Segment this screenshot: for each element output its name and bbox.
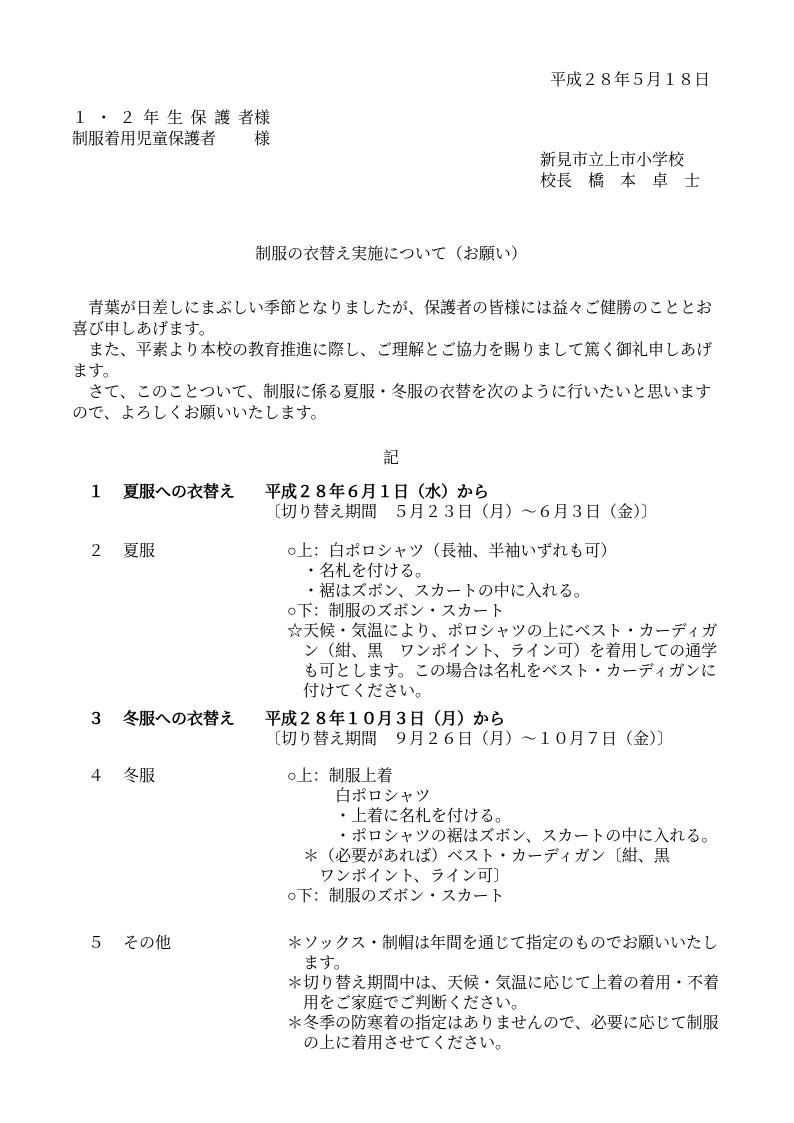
item-line: 〔切り替え期間 ５月２３日（月）～６月３日（金）〕	[265, 503, 710, 523]
record-marker: 記	[72, 448, 710, 469]
recipient-name: 制服着用児童保護者	[72, 129, 254, 150]
letter-page: 平成２８年５月１８日 １・２年生保護者様 制服着用児童保護者様 新見市立上市小学…	[0, 0, 794, 1123]
paragraph-line: 喜び申しあげます。	[72, 319, 710, 340]
item-label: 夏服への衣替え	[123, 483, 235, 503]
item-line: 〔切り替え期間 ９月２６日（月）～１０月７日（金）〕	[265, 730, 710, 750]
item-line: も可とします。この場合は名札をベスト・カーディガンに	[287, 662, 710, 682]
paragraph: また、平素より本校の教育推進に際し、ご理解とご協力を賜りまして篤く御礼申しあげ …	[72, 340, 710, 382]
letter-date: 平成２８年５月１８日	[72, 70, 710, 91]
item-label: 冬服	[123, 767, 155, 787]
item-line: ワンポイント、ライン可〕	[287, 867, 710, 887]
item-other-notes: ５ その他 ＊ソックス・制帽は年間を通じて指定のものでお願いいたし ます。 ＊切…	[72, 934, 710, 1054]
item-label: その他	[123, 934, 171, 954]
item-line: ○上：制服上着	[287, 767, 710, 787]
paragraph-line: 青葉が日差しにまぶしい季節となりましたが、保護者の皆様には益々ご健勝のこととお	[72, 298, 710, 319]
item-label: 冬服への衣替え	[123, 710, 235, 730]
item-content: 平成２８年６月１日（水）から 〔切り替え期間 ５月２３日（月）～６月３日（金）〕	[265, 483, 710, 523]
paragraph-line: ので、よろしくお願いいたします。	[72, 403, 710, 424]
item-winter-uniform: ４ 冬服 ○上：制服上着 白ポロシャツ ・上着に名札を付ける。 ・ポロシャツの裾…	[72, 767, 710, 907]
item-line: ＊切り替え期間中は、天候・気温に応じて上着の着用・不着	[287, 974, 710, 994]
recipient-honorific: 様	[254, 110, 270, 127]
item-line: 用をご家庭でご判断ください。	[287, 994, 710, 1014]
paragraph-line: さて、このことついて、制服に係る夏服・冬服の衣替を次のように行いたいと思います	[72, 382, 710, 403]
sender-school: 新見市立上市小学校	[540, 150, 710, 171]
item-line: ます。	[287, 954, 710, 974]
item-content: ＊ソックス・制帽は年間を通じて指定のものでお願いいたし ます。 ＊切り替え期間中…	[287, 934, 710, 1054]
letter-content: 平成２８年５月１８日 １・２年生保護者様 制服着用児童保護者様 新見市立上市小学…	[0, 0, 794, 1054]
paragraph-line: また、平素より本校の教育推進に際し、ご理解とご協力を賜りまして篤く御礼申しあげ	[72, 340, 710, 361]
item-number: １	[88, 483, 104, 503]
item-content: ○上：白ポロシャツ（長袖、半袖いずれも可） ・名札を付ける。 ・裾はズボン、スカ…	[287, 542, 710, 702]
item-number: ４	[88, 767, 104, 787]
item-line: ・裾はズボン、スカートの中に入れる。	[287, 582, 710, 602]
item-content: ○上：制服上着 白ポロシャツ ・上着に名札を付ける。 ・ポロシャツの裾はズボン、…	[287, 767, 710, 907]
item-line: ・名札を付ける。	[287, 562, 710, 582]
item-line: ・ポロシャツの裾はズボン、スカートの中に入れる。	[287, 827, 710, 847]
item-winter-change-date: ３ 冬服への衣替え 平成２８年１０月３日（月）から 〔切り替え期間 ９月２６日（…	[72, 710, 710, 750]
item-line: ン（紺、黒 ワンポイント、ライン可）を着用しての通学	[287, 642, 710, 662]
item-line: ☆天候・気温により、ポロシャツの上にベスト・カーディガ	[287, 622, 710, 642]
item-line: ＊ソックス・制帽は年間を通じて指定のものでお願いいたし	[287, 934, 710, 954]
item-line: ○上：白ポロシャツ（長袖、半袖いずれも可）	[287, 542, 710, 562]
paragraph: 青葉が日差しにまぶしい季節となりましたが、保護者の皆様には益々ご健勝のこととお …	[72, 298, 710, 340]
sender-block: 新見市立上市小学校 校長 橋 本 卓 士	[540, 150, 710, 192]
recipient-row: 制服着用児童保護者様	[72, 129, 710, 150]
item-line: の上に着用させてください。	[287, 1034, 710, 1054]
item-number: ５	[88, 934, 104, 954]
item-number: ３	[88, 710, 104, 730]
item-line: ○下：制服のズボン・スカート	[287, 602, 710, 622]
item-line: 平成２８年６月１日（水）から	[265, 483, 710, 503]
item-summer-change-date: １ 夏服への衣替え 平成２８年６月１日（水）から 〔切り替え期間 ５月２３日（月…	[72, 483, 710, 523]
item-line: 白ポロシャツ	[287, 787, 710, 807]
paragraph-line: ます。	[72, 361, 710, 382]
item-line: ○下：制服のズボン・スカート	[287, 887, 710, 907]
item-line: ＊冬季の防寒着の指定はありませんので、必要に応じて制服	[287, 1014, 710, 1034]
item-line: 平成２８年１０月３日（月）から	[265, 710, 710, 730]
recipient-name: １・２年生保護者	[72, 108, 254, 129]
item-label: 夏服	[123, 542, 155, 562]
item-line: ・上着に名札を付ける。	[287, 807, 710, 827]
recipient-block: １・２年生保護者様 制服着用児童保護者様	[72, 108, 710, 150]
body-paragraphs: 青葉が日差しにまぶしい季節となりましたが、保護者の皆様には益々ご健勝のこととお …	[72, 298, 710, 424]
recipient-honorific: 様	[254, 131, 270, 148]
document-title: 制服の衣替え実施について（お願い）	[72, 244, 710, 265]
item-number: ２	[88, 542, 104, 562]
paragraph: さて、このことついて、制服に係る夏服・冬服の衣替を次のように行いたいと思います …	[72, 382, 710, 424]
sender-principal: 校長 橋 本 卓 士	[540, 171, 710, 192]
item-line: ＊（必要があれば）ベスト・カーディガン〔紺、黒	[287, 847, 710, 867]
recipient-row: １・２年生保護者様	[72, 108, 710, 129]
item-summer-uniform: ２ 夏服 ○上：白ポロシャツ（長袖、半袖いずれも可） ・名札を付ける。 ・裾はズ…	[72, 542, 710, 702]
item-content: 平成２８年１０月３日（月）から 〔切り替え期間 ９月２６日（月）～１０月７日（金…	[265, 710, 710, 750]
item-line: 付けてください。	[287, 682, 710, 702]
